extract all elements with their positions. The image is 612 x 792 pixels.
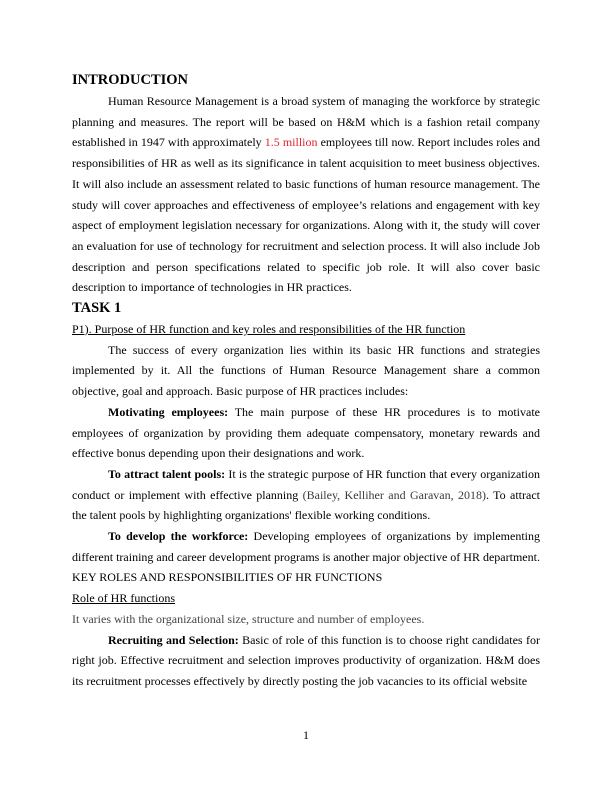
recruiting-selection-paragraph: Recruiting and Selection: Basic of role … — [72, 630, 540, 692]
key-roles-heading: KEY ROLES AND RESPONSIBILITIES OF HR FUN… — [72, 567, 540, 588]
role-intro: It varies with the organizational size, … — [72, 609, 540, 630]
purpose-develop-workforce: To develop the workforce: Developing emp… — [72, 526, 540, 567]
p1-intro-paragraph: The success of every organization lies w… — [72, 340, 540, 402]
introduction-heading: INTRODUCTION — [72, 70, 540, 90]
purpose-label: Motivating employees: — [108, 405, 228, 419]
task-1-heading: TASK 1 — [72, 298, 540, 318]
purpose-motivating-employees: Motivating employees: The main purpose o… — [72, 402, 540, 464]
introduction-paragraph: Human Resource Management is a broad sys… — [72, 91, 540, 298]
purpose-attract-talent: To attract talent pools: It is the strat… — [72, 464, 540, 526]
citation: (Bailey, Kelliher and Garavan, 2018) — [303, 488, 486, 502]
role-subheading: Role of HR functions — [72, 588, 540, 609]
page-number: 1 — [0, 728, 612, 742]
purpose-label: To develop the workforce: — [108, 529, 248, 543]
employee-count-highlight: 1.5 million — [265, 135, 318, 149]
document-page: INTRODUCTION Human Resource Management i… — [72, 70, 540, 692]
recruiting-label: Recruiting and Selection: — [108, 633, 239, 647]
purpose-label: To attract talent pools: — [108, 467, 225, 481]
intro-text-after: employees till now. Report includes role… — [72, 135, 540, 294]
p1-heading: P1). Purpose of HR function and key role… — [72, 319, 540, 340]
